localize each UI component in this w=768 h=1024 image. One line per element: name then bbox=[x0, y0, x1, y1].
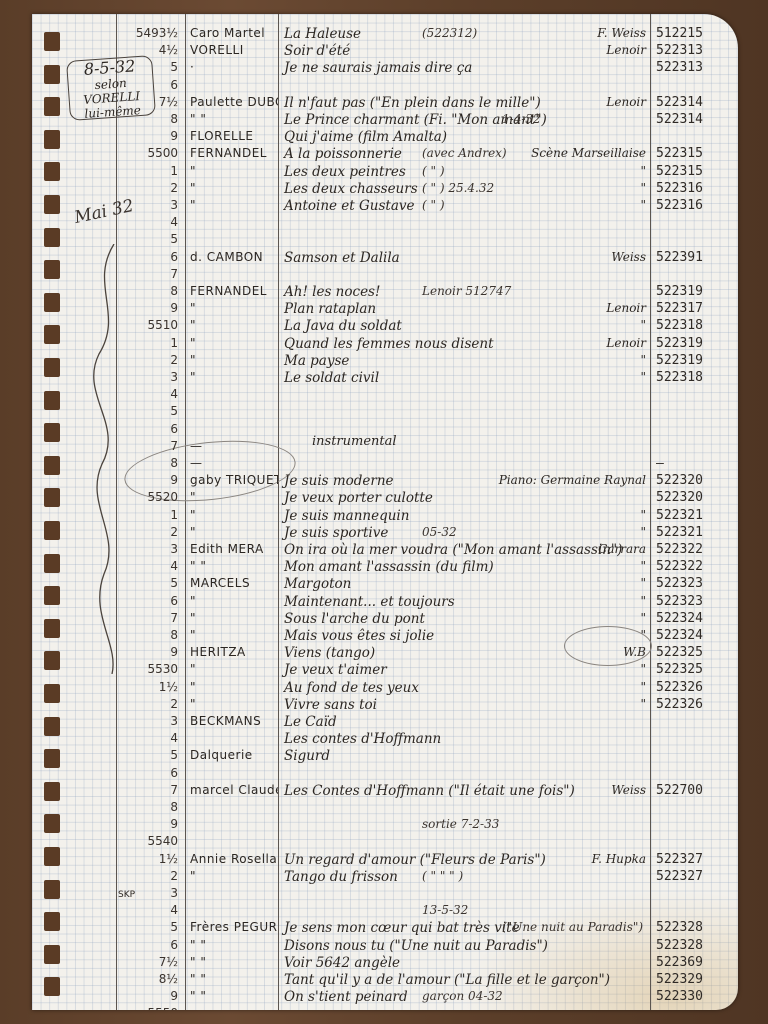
entry-number: 8 bbox=[118, 456, 182, 470]
song-title: Au fond de tes yeux bbox=[284, 680, 584, 696]
artist-name: " bbox=[190, 318, 278, 332]
orchestra: " bbox=[640, 181, 646, 195]
table-row: 4½VORELLISoir d'étéLenoir522313 bbox=[32, 43, 738, 60]
notebook-page: 8-5-32 selon VORELLI lui-même Mai 32 ins… bbox=[32, 14, 738, 1010]
entry-number: 8 bbox=[118, 800, 182, 814]
table-row: 5530"Je veux t'aimer"522325 bbox=[32, 662, 738, 679]
entry-number: 5493½ bbox=[118, 26, 182, 40]
artist-name: FERNANDEL bbox=[190, 146, 278, 160]
entry-number: 2 bbox=[118, 181, 182, 195]
orchestra: Scène Marseillaise bbox=[531, 146, 646, 160]
table-row: 6d. CAMBONSamson et DalilaWeiss522391 bbox=[32, 250, 738, 267]
entry-number: 9 bbox=[118, 301, 182, 315]
artist-name: Frères PEGURI bbox=[190, 920, 278, 934]
binding-hole bbox=[44, 912, 60, 931]
table-row: 7½" "Voir 5642 angèle522369 bbox=[32, 955, 738, 972]
annotation: 1-4-32 bbox=[502, 112, 541, 126]
entry-number: 4 bbox=[118, 215, 182, 229]
entry-number: 8 bbox=[118, 628, 182, 642]
orchestra: " bbox=[640, 164, 646, 178]
binding-hole bbox=[44, 195, 60, 214]
table-row: 5Frères PEGURIJe sens mon cœur qui bat t… bbox=[32, 920, 738, 937]
song-title: Sigurd bbox=[284, 748, 584, 764]
song-title: Ma payse bbox=[284, 353, 584, 369]
entry-number: 5 bbox=[118, 232, 182, 246]
artist-name: Caro Martel bbox=[190, 26, 278, 40]
entry-number: 6 bbox=[118, 422, 182, 436]
matrix-number: 522316 bbox=[656, 198, 703, 213]
table-row: 5510"La Java du soldat"522318 bbox=[32, 318, 738, 335]
artist-name: " bbox=[190, 370, 278, 384]
binding-hole bbox=[44, 456, 60, 475]
table-row: 7marcel ClaudelLes Contes d'Hoffmann ("I… bbox=[32, 783, 738, 800]
orchestra: " bbox=[640, 559, 646, 573]
matrix-number: 522327 bbox=[656, 852, 703, 867]
artist-name: " " bbox=[190, 989, 278, 1003]
entry-number: 2 bbox=[118, 353, 182, 367]
orchestra: " bbox=[640, 611, 646, 625]
binding-hole bbox=[44, 554, 60, 573]
matrix-number: 522325 bbox=[656, 645, 703, 660]
binding-hole bbox=[44, 325, 60, 344]
song-title: Qui j'aime (film Amalta) bbox=[284, 129, 584, 145]
matrix-number: 522321 bbox=[656, 508, 703, 523]
table-row: 4 bbox=[32, 215, 738, 232]
orchestra: " bbox=[640, 576, 646, 590]
binding-hole bbox=[44, 130, 60, 149]
table-row: 8 bbox=[32, 800, 738, 817]
matrix-number: 522319 bbox=[656, 284, 703, 299]
entry-number: 7 bbox=[118, 267, 182, 281]
song-title: Maintenant... et toujours bbox=[284, 594, 584, 610]
table-row: 6 bbox=[32, 78, 738, 95]
annotation: ( " ) bbox=[422, 198, 445, 212]
annotation: (avec Andrex) bbox=[422, 146, 507, 160]
entry-number: 7 bbox=[118, 783, 182, 797]
song-title: Je suis mannequin bbox=[284, 508, 584, 524]
artist-name: " bbox=[190, 336, 278, 350]
entry-number: 9 bbox=[118, 473, 182, 487]
annotation: 13-5-32 bbox=[422, 903, 468, 917]
table-row: 9gaby TRIQUETJe suis modernePiano: Germa… bbox=[32, 473, 738, 490]
matrix-number: 522326 bbox=[656, 697, 703, 712]
artist-name: marcel Claudel bbox=[190, 783, 278, 797]
song-title: Quand les femmes nous disent bbox=[284, 336, 584, 352]
entry-number: 5510 bbox=[118, 318, 182, 332]
annotation: (522312) bbox=[422, 26, 477, 40]
table-row: 7— bbox=[32, 439, 738, 456]
song-title: Je ne saurais jamais dire ça bbox=[284, 60, 584, 76]
table-row: 7½Paulette DUBOSTIl n'faut pas ("En plei… bbox=[32, 95, 738, 112]
artist-name: " bbox=[190, 353, 278, 367]
annotation: Lenoir 512747 bbox=[422, 284, 511, 298]
matrix-number: 522322 bbox=[656, 559, 703, 574]
orchestra: " bbox=[640, 370, 646, 384]
artist-name: " bbox=[190, 662, 278, 676]
artist-name: " " bbox=[190, 559, 278, 573]
entry-number: 4 bbox=[118, 387, 182, 401]
artist-name: HERITZA bbox=[190, 645, 278, 659]
binding-hole bbox=[44, 293, 60, 312]
entry-number: 5530 bbox=[118, 662, 182, 676]
matrix-number: 522321 bbox=[656, 525, 703, 540]
binding-hole bbox=[44, 880, 60, 899]
binding-hole bbox=[44, 358, 60, 377]
entry-number: 4 bbox=[118, 731, 182, 745]
song-title: Tant qu'il y a de l'amour ("La fille et … bbox=[284, 972, 584, 988]
artist-name: — bbox=[190, 456, 278, 470]
binding-hole bbox=[44, 586, 60, 605]
orchestra: F. Hupka bbox=[592, 852, 646, 866]
matrix-number: 522319 bbox=[656, 336, 703, 351]
artist-name: " bbox=[190, 869, 278, 883]
song-title: Sous l'arche du pont bbox=[284, 611, 584, 627]
matrix-number: 522325 bbox=[656, 662, 703, 677]
artist-name: FERNANDEL bbox=[190, 284, 278, 298]
table-row: 1"Je suis mannequin"522321 bbox=[32, 508, 738, 525]
matrix-number: 522329 bbox=[656, 972, 703, 987]
entry-number: 5 bbox=[118, 920, 182, 934]
table-row: 8—— bbox=[32, 456, 738, 473]
table-row: 3Edith MERAOn ira où la mer voudra ("Mon… bbox=[32, 542, 738, 559]
binding-hole bbox=[44, 32, 60, 51]
entry-number: 3 bbox=[118, 714, 182, 728]
song-title: Je veux t'aimer bbox=[284, 662, 584, 678]
entry-number: 1 bbox=[118, 336, 182, 350]
entry-number: 7½ bbox=[118, 95, 182, 109]
table-row: 2"Je suis sportive05-32"522321 bbox=[32, 525, 738, 542]
song-title: Les Contes d'Hoffmann ("Il était une foi… bbox=[284, 783, 584, 799]
matrix-number: 522328 bbox=[656, 938, 703, 953]
table-row: 5 bbox=[32, 232, 738, 249]
artist-name: · bbox=[190, 60, 278, 74]
artist-name: " bbox=[190, 594, 278, 608]
entry-number: 5540 bbox=[118, 834, 182, 848]
binding-hole bbox=[44, 619, 60, 638]
binding-hole bbox=[44, 977, 60, 996]
matrix-number: 522327 bbox=[656, 869, 703, 884]
binding-hole bbox=[44, 651, 60, 670]
artist-name: — bbox=[190, 439, 278, 453]
artist-name: " " bbox=[190, 955, 278, 969]
table-row: 2"Tango du frisson( " " " )522327 bbox=[32, 869, 738, 886]
orchestra: " bbox=[640, 662, 646, 676]
table-row: 5550 bbox=[32, 1006, 738, 1010]
annotation: ( " " " ) bbox=[422, 869, 463, 883]
entry-number: 3 bbox=[118, 542, 182, 556]
song-title: Disons nous tu ("Une nuit au Paradis") bbox=[284, 938, 584, 954]
entry-number: 7 bbox=[118, 439, 182, 453]
artist-name: " bbox=[190, 490, 278, 504]
binding-hole bbox=[44, 228, 60, 247]
song-title: Un regard d'amour ("Fleurs de Paris") bbox=[284, 852, 584, 868]
entry-number: 6 bbox=[118, 938, 182, 952]
table-row: 8"Mais vous êtes si jolie"522324 bbox=[32, 628, 738, 645]
binding-hole bbox=[44, 847, 60, 866]
entry-number: 4½ bbox=[118, 43, 182, 57]
artist-name: " bbox=[190, 611, 278, 625]
orchestra: " bbox=[640, 697, 646, 711]
orchestra: " bbox=[640, 353, 646, 367]
artist-name: d. CAMBON bbox=[190, 250, 278, 264]
entry-number: 6 bbox=[118, 766, 182, 780]
table-row: 3BECKMANSLe Caïd bbox=[32, 714, 738, 731]
entry-number: 6 bbox=[118, 594, 182, 608]
orchestra: " bbox=[640, 628, 646, 642]
annotation: ("Une nuit au Paradis") bbox=[502, 920, 643, 934]
matrix-number: 522700 bbox=[656, 783, 703, 798]
entry-number: 1½ bbox=[118, 852, 182, 866]
matrix-number: — bbox=[656, 456, 664, 471]
binding-hole bbox=[44, 782, 60, 801]
matrix-number: 522315 bbox=[656, 164, 703, 179]
binding-hole bbox=[44, 521, 60, 540]
table-row: 6" "Disons nous tu ("Une nuit au Paradis… bbox=[32, 938, 738, 955]
entry-number: 6 bbox=[118, 78, 182, 92]
entry-number: 8 bbox=[118, 284, 182, 298]
orchestra: Lenoir bbox=[606, 95, 646, 109]
table-row: 7 bbox=[32, 267, 738, 284]
matrix-number: 522316 bbox=[656, 181, 703, 196]
orchestra: Lenoir bbox=[606, 43, 646, 57]
table-row: 413-5-32 bbox=[32, 903, 738, 920]
binding-hole bbox=[44, 65, 60, 84]
matrix-number: 522314 bbox=[656, 112, 703, 127]
entry-number: 9 bbox=[118, 129, 182, 143]
matrix-number: 522369 bbox=[656, 955, 703, 970]
artist-name: FLORELLE bbox=[190, 129, 278, 143]
binding-hole bbox=[44, 423, 60, 442]
artist-name: " bbox=[190, 508, 278, 522]
binding-hole bbox=[44, 162, 60, 181]
song-title: Le soldat civil bbox=[284, 370, 584, 386]
entry-number: 6 bbox=[118, 250, 182, 264]
entry-number: 5550 bbox=[118, 1006, 182, 1010]
matrix-number: 512215 bbox=[656, 26, 703, 41]
matrix-number: 522318 bbox=[656, 370, 703, 385]
entry-number: 9 bbox=[118, 817, 182, 831]
entry-number: 4 bbox=[118, 559, 182, 573]
matrix-number: 522313 bbox=[656, 60, 703, 75]
table-row: 9sortie 7-2-33 bbox=[32, 817, 738, 834]
orchestra: Lenoir bbox=[606, 336, 646, 350]
orchestra: " bbox=[640, 508, 646, 522]
entry-number: 9 bbox=[118, 989, 182, 1003]
table-row: 2"Vivre sans toi"522326 bbox=[32, 697, 738, 714]
song-title: La Java du soldat bbox=[284, 318, 584, 334]
binding-hole bbox=[44, 945, 60, 964]
artist-name: VORELLI bbox=[190, 43, 278, 57]
table-row: 3 bbox=[32, 886, 738, 903]
table-row: 5MARCELSMargoton"522323 bbox=[32, 576, 738, 593]
entry-number: 2 bbox=[118, 869, 182, 883]
matrix-number: 522391 bbox=[656, 250, 703, 265]
annotation: ( " ) bbox=[422, 164, 445, 178]
binding-hole bbox=[44, 814, 60, 833]
matrix-number: 522330 bbox=[656, 989, 703, 1004]
table-row: 9"Plan rataplanLenoir522317 bbox=[32, 301, 738, 318]
matrix-number: 522323 bbox=[656, 576, 703, 591]
artist-name: " bbox=[190, 164, 278, 178]
matrix-number: 522317 bbox=[656, 301, 703, 316]
orchestra: Weiss bbox=[611, 250, 646, 264]
artist-name: " bbox=[190, 198, 278, 212]
song-title: Margoton bbox=[284, 576, 584, 592]
matrix-number: 522320 bbox=[656, 473, 703, 488]
orchestra: Weiss bbox=[611, 783, 646, 797]
table-row: 6 bbox=[32, 766, 738, 783]
song-title: On ira où la mer voudra ("Mon amant l'as… bbox=[284, 542, 584, 558]
artist-name: " " bbox=[190, 112, 278, 126]
song-title: Mon amant l'assassin (du film) bbox=[284, 559, 584, 575]
artist-name: " bbox=[190, 697, 278, 711]
entry-number: 2 bbox=[118, 697, 182, 711]
binding-hole bbox=[44, 97, 60, 116]
entry-number: 3 bbox=[118, 886, 182, 900]
table-row: 4 bbox=[32, 387, 738, 404]
table-row: 6"Maintenant... et toujours"522323 bbox=[32, 594, 738, 611]
entry-number: 2 bbox=[118, 525, 182, 539]
artist-name: " bbox=[190, 680, 278, 694]
orchestra: W.B bbox=[623, 645, 646, 659]
matrix-number: 522314 bbox=[656, 95, 703, 110]
matrix-number: 522315 bbox=[656, 146, 703, 161]
artist-name: Dalquerie bbox=[190, 748, 278, 762]
table-row: 4Les contes d'Hoffmann bbox=[32, 731, 738, 748]
orchestra: Lenoir bbox=[606, 301, 646, 315]
table-row: 2"Ma payse"522319 bbox=[32, 353, 738, 370]
table-row: 3"Antoine et Gustave( " )"522316 bbox=[32, 198, 738, 215]
artist-name: MARCELS bbox=[190, 576, 278, 590]
matrix-number: 522322 bbox=[656, 542, 703, 557]
annotation: sortie 7-2-33 bbox=[422, 817, 499, 831]
entry-number: 1 bbox=[118, 164, 182, 178]
table-row: 5·Je ne saurais jamais dire ça522313 bbox=[32, 60, 738, 77]
entry-number: 1½ bbox=[118, 680, 182, 694]
table-row: 1"Quand les femmes nous disentLenoir5223… bbox=[32, 336, 738, 353]
song-title: Plan rataplan bbox=[284, 301, 584, 317]
binding-hole bbox=[44, 749, 60, 768]
matrix-number: 522324 bbox=[656, 611, 703, 626]
table-row: 5540 bbox=[32, 834, 738, 851]
artist-name: Edith MERA bbox=[190, 542, 278, 556]
entry-number: 1 bbox=[118, 508, 182, 522]
entry-number: 5500 bbox=[118, 146, 182, 160]
song-title: Je veux porter culotte bbox=[284, 490, 584, 506]
binding-hole bbox=[44, 684, 60, 703]
artist-name: " bbox=[190, 181, 278, 195]
table-row: 2"Les deux chasseurs( " ) 25.4.32"522316 bbox=[32, 181, 738, 198]
orchestra: " bbox=[640, 198, 646, 212]
table-row: 1"Les deux peintres( " )"522315 bbox=[32, 164, 738, 181]
artist-name: " " bbox=[190, 938, 278, 952]
matrix-number: 522319 bbox=[656, 353, 703, 368]
artist-name: " " bbox=[190, 972, 278, 986]
table-row: 5DalquerieSigurd bbox=[32, 748, 738, 765]
song-title: Samson et Dalila bbox=[284, 250, 584, 266]
orchestra: F. Weiss bbox=[597, 26, 646, 40]
matrix-number: 522328 bbox=[656, 920, 703, 935]
table-row: 5500FERNANDELA la poissonnerie(avec Andr… bbox=[32, 146, 738, 163]
entry-number: 3 bbox=[118, 198, 182, 212]
table-row: 8½" "Tant qu'il y a de l'amour ("La fill… bbox=[32, 972, 738, 989]
orchestra: " bbox=[640, 318, 646, 332]
binding-hole bbox=[44, 717, 60, 736]
table-row: 9FLORELLEQui j'aime (film Amalta) bbox=[32, 129, 738, 146]
entry-number: 8 bbox=[118, 112, 182, 126]
binding-hole bbox=[44, 391, 60, 410]
matrix-number: 522318 bbox=[656, 318, 703, 333]
orchestra: " bbox=[640, 680, 646, 694]
song-title: Il n'faut pas ("En plein dans le mille") bbox=[284, 95, 584, 111]
artist-name: " bbox=[190, 301, 278, 315]
table-row: 5 bbox=[32, 404, 738, 421]
song-title: Mais vous êtes si jolie bbox=[284, 628, 584, 644]
orchestra: Piano: Germaine Raynal bbox=[499, 473, 646, 487]
entry-number: 5 bbox=[118, 60, 182, 74]
entry-number: 9 bbox=[118, 645, 182, 659]
table-row: 9" "On s'tient peinardgarçon 04-32522330 bbox=[32, 989, 738, 1006]
annotation: garçon 04-32 bbox=[422, 989, 503, 1003]
matrix-number: 522320 bbox=[656, 490, 703, 505]
artist-name: " bbox=[190, 628, 278, 642]
entry-number: 5 bbox=[118, 748, 182, 762]
annotation: 05-32 bbox=[422, 525, 457, 539]
binding-hole bbox=[44, 260, 60, 279]
artist-name: BECKMANS bbox=[190, 714, 278, 728]
table-row: 6 bbox=[32, 422, 738, 439]
orchestra: " bbox=[640, 525, 646, 539]
table-row: 8" "Le Prince charmant (Fi. "Mon amant")… bbox=[32, 112, 738, 129]
table-row: 1½"Au fond de tes yeux"522326 bbox=[32, 680, 738, 697]
entry-number: 3 bbox=[118, 370, 182, 384]
song-title: Voir 5642 angèle bbox=[284, 955, 584, 971]
artist-name: Annie Rosella(?) bbox=[190, 852, 278, 866]
matrix-number: 522324 bbox=[656, 628, 703, 643]
binding-hole bbox=[44, 488, 60, 507]
entry-number: 8½ bbox=[118, 972, 182, 986]
table-row: 5520"Je veux porter culotte522320 bbox=[32, 490, 738, 507]
entry-number: 5 bbox=[118, 576, 182, 590]
table-row: 8FERNANDELAh! les noces!Lenoir 512747522… bbox=[32, 284, 738, 301]
song-title: Viens (tango) bbox=[284, 645, 584, 661]
table-row: 4" "Mon amant l'assassin (du film)"52232… bbox=[32, 559, 738, 576]
table-row: 5493½Caro MartelLa Haleuse(522312)F. Wei… bbox=[32, 26, 738, 43]
song-title: Les contes d'Hoffmann bbox=[284, 731, 584, 747]
orchestra: Carrara bbox=[598, 542, 646, 556]
table-row: 9HERITZAViens (tango)W.B522325 bbox=[32, 645, 738, 662]
orchestra: " bbox=[640, 594, 646, 608]
table-row: 1½Annie Rosella(?)Un regard d'amour ("Fl… bbox=[32, 852, 738, 869]
matrix-number: 522326 bbox=[656, 680, 703, 695]
entry-number: 7½ bbox=[118, 955, 182, 969]
entry-number: 5 bbox=[118, 404, 182, 418]
entry-number: 7 bbox=[118, 611, 182, 625]
song-title: Le Caïd bbox=[284, 714, 584, 730]
entry-number: 4 bbox=[118, 903, 182, 917]
matrix-number: 522313 bbox=[656, 43, 703, 58]
table-row: 3"Le soldat civil"522318 bbox=[32, 370, 738, 387]
song-title: Vivre sans toi bbox=[284, 697, 584, 713]
artist-name: gaby TRIQUET bbox=[190, 473, 278, 487]
table-row: 7"Sous l'arche du pont"522324 bbox=[32, 611, 738, 628]
annotation: ( " ) 25.4.32 bbox=[422, 181, 494, 195]
matrix-number: 522323 bbox=[656, 594, 703, 609]
entry-number: 5520 bbox=[118, 490, 182, 504]
song-title: Soir d'été bbox=[284, 43, 584, 59]
artist-name: Paulette DUBOST bbox=[190, 95, 278, 109]
artist-name: " bbox=[190, 525, 278, 539]
